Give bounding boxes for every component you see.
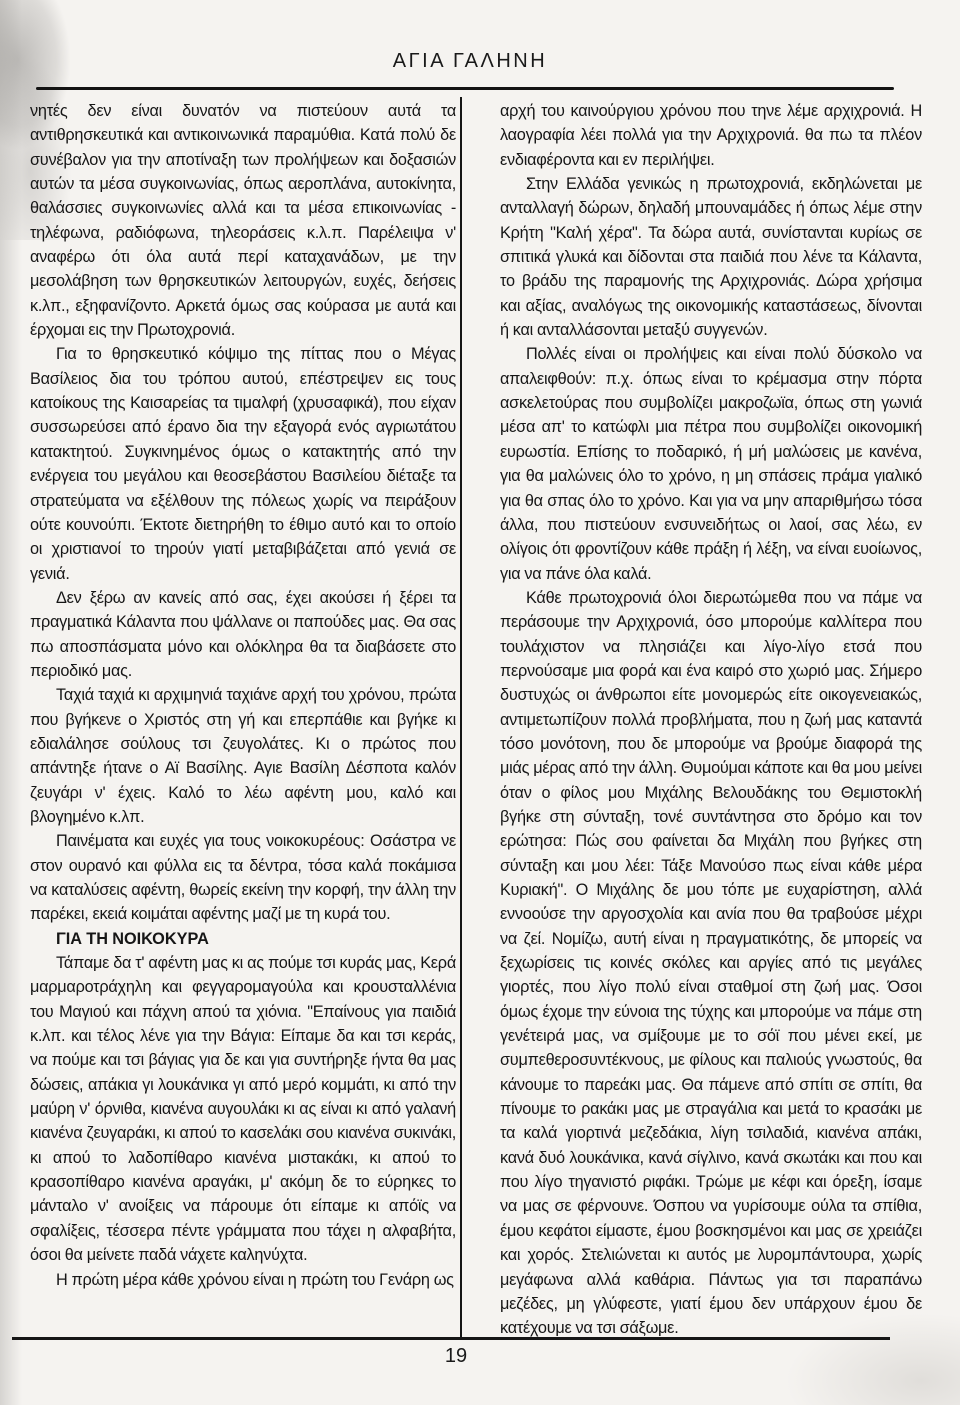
- paragraph: Η πρώτη μέρα κάθε χρόνου είναι η πρώτη τ…: [30, 1268, 456, 1292]
- header-rule: [36, 87, 894, 90]
- page-title: ΑΓΙΑ ΓΑΛΗΝΗ: [0, 50, 940, 73]
- column-divider-rule: [460, 97, 462, 1338]
- footer-rule: [12, 1337, 890, 1340]
- text-columns: νητές δεν είναι δυνατόν να πιστεύουν αυτ…: [30, 99, 922, 1339]
- paragraph: Για το θρησκευτικό κόψιμο της πίττας που…: [30, 342, 456, 585]
- column-left: νητές δεν είναι δυνατόν να πιστεύουν αυτ…: [30, 99, 456, 1339]
- paragraph: Παινέματα και ευχές για τους νοικοκυρέου…: [30, 829, 456, 926]
- page: ΑΓΙΑ ΓΑΛΗΝΗ νητές δεν είναι δυνατόν να π…: [0, 0, 960, 1405]
- paragraph: Κάθε πρωτοχρονιά όλοι διερωτώμεθα που να…: [500, 586, 922, 1339]
- section-heading: ΓΙΑ ΤΗ ΝΟΙΚΟΚΥΡΑ: [30, 927, 456, 951]
- paragraph: Ταχιά ταχιά κι αρχιμηνιά ταχιάνε αρχή το…: [30, 683, 456, 829]
- column-gap: [456, 99, 500, 1339]
- paragraph: νητές δεν είναι δυνατόν να πιστεύουν αυτ…: [30, 99, 456, 342]
- column-right: αρχή του καινούργιου χρόνου που τηνε λέμ…: [500, 99, 922, 1339]
- paragraph: Δεν ξέρω αν κανείς από σας, έχει ακούσει…: [30, 586, 456, 683]
- page-number: 19: [0, 1345, 912, 1368]
- paragraph: Στην Ελλάδα γενικώς η πρωτοχρονιά, εκδηλ…: [500, 172, 922, 342]
- paragraph: αρχή του καινούργιου χρόνου που τηνε λέμ…: [500, 99, 922, 172]
- paragraph: Τάπαμε δα τ' αφέντη μας κι ας πούμε τσι …: [30, 951, 456, 1267]
- paragraph: Πολλές είναι οι προλήψεις και είναι πολύ…: [500, 342, 922, 585]
- scan-artifact-left-edge: [0, 0, 22, 1405]
